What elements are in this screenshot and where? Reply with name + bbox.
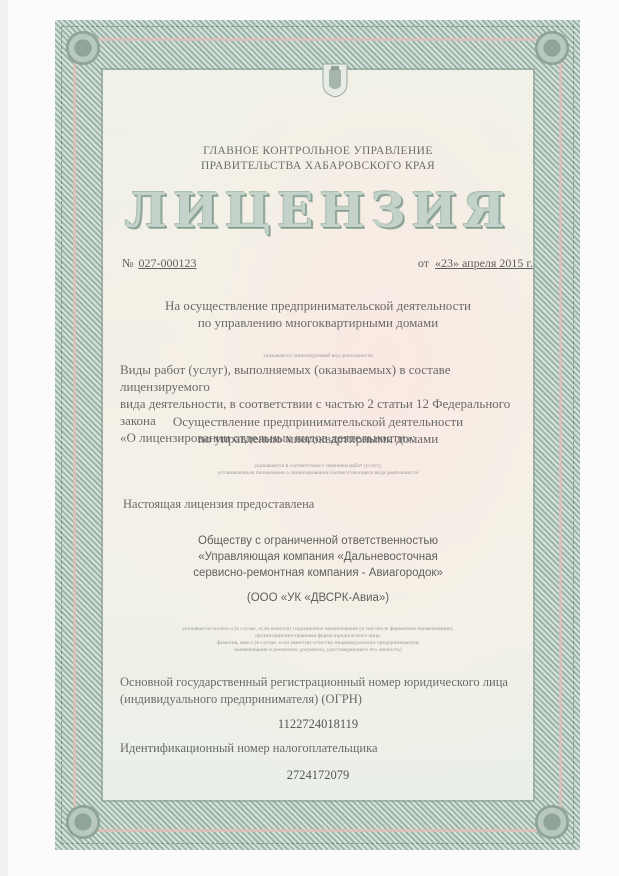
authority-line-2: ПРАВИТЕЛЬСТВА ХАБАРОВСКОГО КРАЯ bbox=[103, 159, 533, 174]
coat-of-arms-icon bbox=[321, 62, 349, 98]
works-value-line-1: Осуществление предпринимательской деятел… bbox=[103, 413, 533, 430]
number-prefix: № bbox=[122, 256, 133, 270]
corner-rosette-icon bbox=[63, 28, 103, 68]
works-value-line-2: по управлению многоквартирными домами bbox=[103, 430, 533, 447]
licensed-activity: На осуществление предпринимательской дея… bbox=[103, 297, 533, 331]
license-date: от«23» апреля 2015 г. bbox=[418, 256, 533, 271]
org-hint-line-1: указывается полное и (в случае, если име… bbox=[103, 626, 533, 633]
inn-value: 2724172079 bbox=[103, 768, 533, 783]
licensee-hint: указывается полное и (в случае, если име… bbox=[103, 626, 533, 654]
works-line-1: Виды работ (услуг), выполняемых (оказыва… bbox=[120, 361, 533, 395]
licensee-name: Обществу с ограниченной ответственностью… bbox=[103, 533, 533, 581]
corner-rosette-icon bbox=[532, 28, 572, 68]
inn-label: Идентификационный номер налогоплательщик… bbox=[120, 741, 378, 756]
granted-to-label: Настоящая лицензия предоставлена bbox=[123, 497, 314, 512]
org-hint-line-3: фамилия, имя и (в случае, если имеется) … bbox=[103, 640, 533, 647]
activity-line-2: по управлению многоквартирными домами bbox=[103, 314, 533, 331]
authority-line-1: ГЛАВНОЕ КОНТРОЛЬНОЕ УПРАВЛЕНИЕ bbox=[103, 144, 533, 159]
org-hint-line-2: организационно-правовая форма юридическо… bbox=[103, 633, 533, 640]
license-content: ГЛАВНОЕ КОНТРОЛЬНОЕ УПРАВЛЕНИЕ ПРАВИТЕЛЬ… bbox=[103, 70, 533, 800]
activity-line-1: На осуществление предпринимательской дея… bbox=[103, 297, 533, 314]
scan-edge bbox=[0, 0, 8, 876]
works-hint: указываются в соответствии с перечнем ра… bbox=[103, 463, 533, 477]
licensee-abbreviation: (ООО «УК «ДВСРК-Авиа») bbox=[103, 592, 533, 604]
date-value: «23» апреля 2015 г. bbox=[435, 256, 533, 270]
works-hint-line-1: указываются в соответствии с перечнем ра… bbox=[103, 463, 533, 470]
number-value: 027-000123 bbox=[138, 256, 196, 270]
ogrn-label-line-2: (индивидуального предпринимателя) (ОГРН) bbox=[120, 691, 533, 708]
org-line-2: «Управляющая компания «Дальневосточная bbox=[103, 549, 533, 565]
corner-rosette-icon bbox=[532, 802, 572, 842]
org-line-1: Обществу с ограниченной ответственностью bbox=[103, 533, 533, 549]
license-number: №027-000123 bbox=[122, 256, 196, 271]
works-hint-line-2: установленным положением о лицензировани… bbox=[103, 470, 533, 477]
works-value: Осуществление предпринимательской деятел… bbox=[103, 413, 533, 447]
document-title: ЛИЦЕНЗИЯ bbox=[103, 186, 533, 236]
ogrn-label-line-1: Основной государственный регистрационный… bbox=[120, 674, 533, 691]
corner-rosette-icon bbox=[63, 802, 103, 842]
date-prefix: от bbox=[418, 256, 429, 270]
activity-hint: указывается лицензируемый вид деятельнос… bbox=[103, 353, 533, 360]
ogrn-value: 1122724018119 bbox=[103, 717, 533, 732]
ogrn-label: Основной государственный регистрационный… bbox=[120, 674, 533, 708]
org-hint-line-4: наименование и реквизиты документа, удос… bbox=[103, 647, 533, 654]
org-line-3: сервисно-ремонтная компания - Авиагородо… bbox=[103, 565, 533, 581]
issuing-authority: ГЛАВНОЕ КОНТРОЛЬНОЕ УПРАВЛЕНИЕ ПРАВИТЕЛЬ… bbox=[103, 144, 533, 174]
